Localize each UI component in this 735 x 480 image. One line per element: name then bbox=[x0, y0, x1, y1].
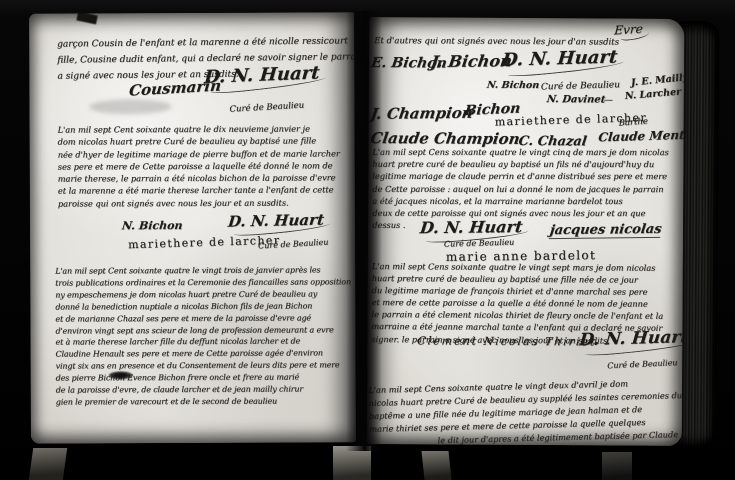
signature-witness: jacques nicolas bbox=[549, 222, 663, 239]
ink-blot bbox=[109, 371, 133, 379]
signature-dash: — bbox=[604, 95, 613, 105]
signature-witness: N. Bichon bbox=[121, 219, 183, 232]
manuscript-line: ny empeschemens je dom nicolas huart pre… bbox=[55, 288, 351, 301]
book-gutter bbox=[346, 11, 382, 451]
left-page: garçon Cousin de l'enfant et la marenne … bbox=[29, 12, 356, 443]
manuscript-line: L'an mil sept Cens soixante quatre le vi… bbox=[372, 146, 668, 158]
signature-title: Curé de Beaulieu bbox=[607, 358, 678, 370]
signature-priest: D. N. Huart bbox=[501, 47, 619, 75]
right-page: Evre Et d'autres qui ont signés avec nou… bbox=[367, 17, 685, 446]
signature-priest: D. N. Huart bbox=[203, 62, 320, 92]
manuscript-line: Et d'autres qui ont signés avec nous les… bbox=[374, 36, 619, 47]
signature-priest: D. N. Huart bbox=[578, 327, 684, 354]
signature-priest: D. N. Huart bbox=[227, 211, 325, 235]
manuscript-photo: garçon Cousin de l'enfant et la marenne … bbox=[0, 0, 735, 480]
manuscript-line: d'environ vingt sept ans scieur de long … bbox=[55, 324, 351, 337]
manuscript-line: et de marianne Chazal ses pere et mere d… bbox=[55, 312, 351, 325]
signature-witness: N. Davinet bbox=[546, 94, 606, 105]
signature-title: Curé de Beaulieu bbox=[541, 80, 620, 92]
manuscript-line: a été jacques nicolas, et la marraine ma… bbox=[372, 195, 668, 207]
stand-leg bbox=[29, 448, 67, 480]
signature-witness: Barthe bbox=[618, 117, 648, 129]
signature-witness: Clement Nicolas Thiriet bbox=[417, 334, 598, 348]
manuscript-line: gien le premier de varecourt et de le se… bbox=[56, 395, 352, 408]
page-corner-damage bbox=[76, 12, 97, 24]
manuscript-line: legitime mariage de claude perrin et d'a… bbox=[372, 170, 668, 182]
manuscript-line: née d'hyer de legitime mariage de pierre… bbox=[58, 147, 340, 161]
manuscript-line: trois publications ordinaires et la Cere… bbox=[55, 276, 351, 289]
ink-bleedthrough bbox=[89, 99, 171, 114]
signature-witness: N. Bichon bbox=[486, 80, 539, 91]
stand-leg bbox=[421, 451, 451, 480]
signature-witness: N. Larcher bbox=[624, 87, 681, 103]
stand-leg bbox=[602, 452, 632, 480]
signature-title: Curé de Beaulieu bbox=[444, 238, 515, 249]
stand-leg bbox=[333, 446, 371, 480]
signature-witness: Claude Mentelle bbox=[598, 127, 685, 144]
manuscript-line: et la marenne a été marie therese larche… bbox=[58, 184, 340, 198]
manuscript-line: paroisse qui ont signés avec nous les jo… bbox=[58, 196, 340, 210]
manuscript-line: vingt six ans en presence et du Consente… bbox=[56, 360, 352, 373]
signature-witness: J. Champion bbox=[369, 104, 474, 123]
manuscript-line: huart pretre curé de beaulieu ay baptisé… bbox=[372, 158, 668, 170]
signature-title: Curé de Beaulieu bbox=[229, 101, 304, 115]
manuscript-line: dom nicolas huart pretre Curé de beaulie… bbox=[58, 135, 340, 149]
manuscript-line: de Cette paroisse : auquel on lui a donn… bbox=[372, 182, 668, 194]
manuscript-line: donné la benediction nuptiale a nicolas … bbox=[55, 300, 351, 313]
